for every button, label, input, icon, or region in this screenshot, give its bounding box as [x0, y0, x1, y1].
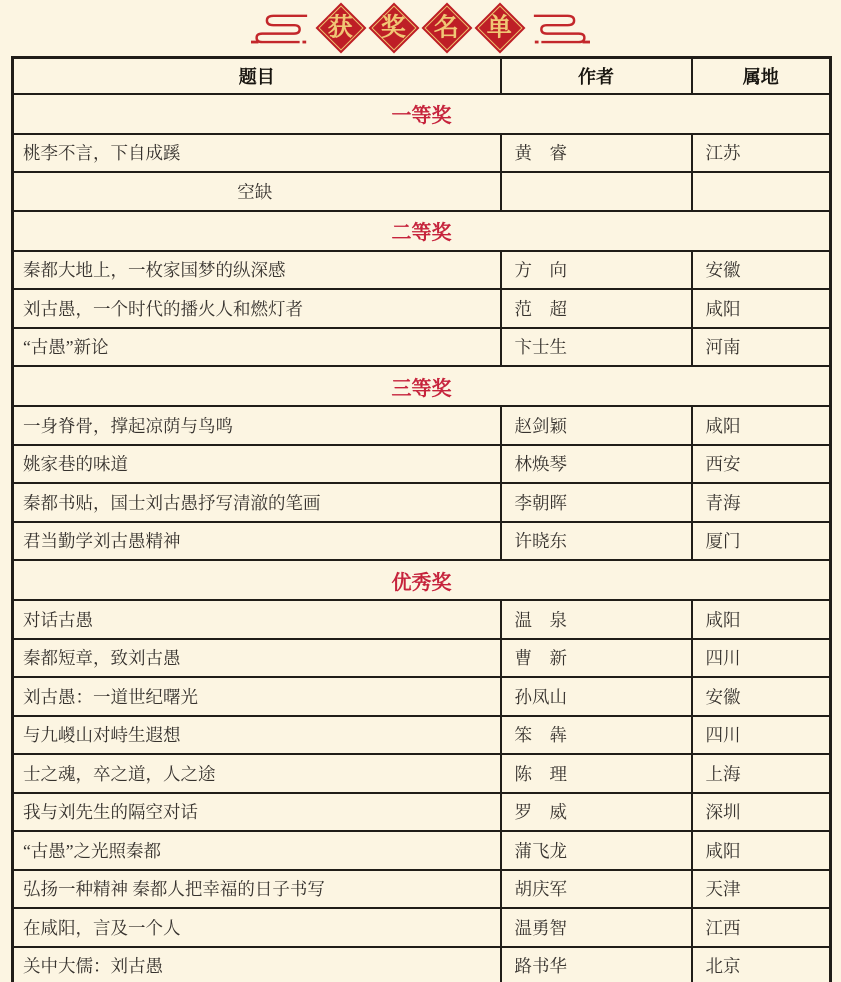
place-cell: 咸阳 — [692, 406, 831, 445]
title-cell: 秦都大地上，一枚家国梦的纵深感 — [13, 251, 501, 290]
table-row: “古愚”新论卞士生河南 — [13, 328, 831, 367]
banner-title: 获奖名单 — [323, 10, 518, 46]
title-cell: 我与刘先生的隔空对话 — [13, 793, 501, 832]
table-row: 姚家巷的味道林焕琴西安 — [13, 445, 831, 484]
title-cell: “古愚”之光照秦都 — [13, 831, 501, 870]
column-header-title: 题目 — [13, 58, 501, 94]
author-cell: 赵剑颖 — [501, 406, 692, 445]
title-char: 奖 — [381, 15, 406, 40]
table-row: 秦都短章，致刘古愚曹 新四川 — [13, 639, 831, 678]
title-cell: 与九嵕山对峙生遐想 — [13, 716, 501, 755]
section-row: 三等奖 — [13, 366, 831, 406]
author-cell: 方 向 — [501, 251, 692, 290]
title-diamond: 名 — [422, 3, 473, 54]
column-header-place: 属地 — [692, 58, 831, 94]
title-cell: 刘古愚，一个时代的播火人和燃灯者 — [13, 289, 501, 328]
author-cell: 笨 犇 — [501, 716, 692, 755]
title-cell: “古愚”新论 — [13, 328, 501, 367]
table-row: 刘古愚：一道世纪曙光孙凤山安徽 — [13, 677, 831, 716]
author-cell: 卞士生 — [501, 328, 692, 367]
title-diamond: 奖 — [369, 3, 420, 54]
table-row: 秦都大地上，一枚家国梦的纵深感方 向安徽 — [13, 251, 831, 290]
place-cell: 安徽 — [692, 251, 831, 290]
section-label: 二等奖 — [13, 211, 831, 251]
cloud-scroll-left-icon — [251, 11, 309, 45]
table-row: 与九嵕山对峙生遐想笨 犇四川 — [13, 716, 831, 755]
place-cell: 咸阳 — [692, 289, 831, 328]
table-row: 弘扬一种精神 秦都人把幸福的日子书写胡庆军天津 — [13, 870, 831, 909]
place-cell — [692, 172, 831, 211]
place-cell: 天津 — [692, 870, 831, 909]
section-row: 一等奖 — [13, 94, 831, 134]
author-cell: 路书华 — [501, 947, 692, 982]
title-char: 名 — [434, 15, 459, 40]
place-cell: 安徽 — [692, 677, 831, 716]
author-cell — [501, 172, 692, 211]
title-cell: 一身脊骨，撑起凉荫与鸟鸣 — [13, 406, 501, 445]
title-cell: 秦都书贴，国士刘古愚抒写清澈的笔画 — [13, 483, 501, 522]
place-cell: 江西 — [692, 908, 831, 947]
header-row: 题目 作者 属地 — [13, 58, 831, 94]
place-cell: 江苏 — [692, 134, 831, 173]
column-header-author: 作者 — [501, 58, 692, 94]
title-cell: 君当勤学刘古愚精神 — [13, 522, 501, 561]
place-cell: 西安 — [692, 445, 831, 484]
title-cell: 姚家巷的味道 — [13, 445, 501, 484]
table-row: “古愚”之光照秦都蒲飞龙咸阳 — [13, 831, 831, 870]
section-label: 优秀奖 — [13, 560, 831, 600]
author-cell: 林焕琴 — [501, 445, 692, 484]
table-row: 关中大儒：刘古愚路书华北京 — [13, 947, 831, 982]
author-cell: 曹 新 — [501, 639, 692, 678]
place-cell: 咸阳 — [692, 600, 831, 639]
table-row: 刘古愚，一个时代的播火人和燃灯者范 超咸阳 — [13, 289, 831, 328]
author-cell: 罗 威 — [501, 793, 692, 832]
author-cell: 胡庆军 — [501, 870, 692, 909]
table-row: 桃李不言，下自成蹊黄 睿江苏 — [13, 134, 831, 173]
author-cell: 温勇智 — [501, 908, 692, 947]
section-row: 优秀奖 — [13, 560, 831, 600]
author-cell: 陈 理 — [501, 754, 692, 793]
place-cell: 厦门 — [692, 522, 831, 561]
title-cell: 士之魂，卒之道，人之途 — [13, 754, 501, 793]
title-cell: 刘古愚：一道世纪曙光 — [13, 677, 501, 716]
author-cell: 温 泉 — [501, 600, 692, 639]
title-diamond: 获 — [316, 3, 367, 54]
page: 获奖名单 题目 作者 属地 一等奖桃李不言，下自成蹊黄 睿江苏空缺二等奖秦都大地… — [0, 0, 841, 982]
title-cell: 桃李不言，下自成蹊 — [13, 134, 501, 173]
title-cell: 关中大儒：刘古愚 — [13, 947, 501, 982]
title-cell: 弘扬一种精神 秦都人把幸福的日子书写 — [13, 870, 501, 909]
award-banner: 获奖名单 — [0, 0, 841, 56]
place-cell: 河南 — [692, 328, 831, 367]
table-row: 空缺 — [13, 172, 831, 211]
title-cell: 空缺 — [13, 172, 501, 211]
section-label: 一等奖 — [13, 94, 831, 134]
cloud-scroll-right-icon — [532, 11, 590, 45]
place-cell: 咸阳 — [692, 831, 831, 870]
section-row: 二等奖 — [13, 211, 831, 251]
author-cell: 许晓东 — [501, 522, 692, 561]
table-row: 君当勤学刘古愚精神许晓东厦门 — [13, 522, 831, 561]
table-row: 我与刘先生的隔空对话罗 威深圳 — [13, 793, 831, 832]
title-diamond: 单 — [475, 3, 526, 54]
author-cell: 孙凤山 — [501, 677, 692, 716]
place-cell: 深圳 — [692, 793, 831, 832]
title-char: 获 — [328, 15, 353, 40]
place-cell: 四川 — [692, 639, 831, 678]
author-cell: 范 超 — [501, 289, 692, 328]
title-cell: 对话古愚 — [13, 600, 501, 639]
place-cell: 北京 — [692, 947, 831, 982]
table-row: 对话古愚温 泉咸阳 — [13, 600, 831, 639]
place-cell: 上海 — [692, 754, 831, 793]
table-row: 在咸阳，言及一个人温勇智江西 — [13, 908, 831, 947]
title-char: 单 — [487, 15, 512, 40]
place-cell: 四川 — [692, 716, 831, 755]
award-table: 题目 作者 属地 一等奖桃李不言，下自成蹊黄 睿江苏空缺二等奖秦都大地上，一枚家… — [11, 56, 832, 982]
table-row: 士之魂，卒之道，人之途陈 理上海 — [13, 754, 831, 793]
title-cell: 在咸阳，言及一个人 — [13, 908, 501, 947]
section-label: 三等奖 — [13, 366, 831, 406]
title-cell: 秦都短章，致刘古愚 — [13, 639, 501, 678]
author-cell: 李朝晖 — [501, 483, 692, 522]
author-cell: 蒲飞龙 — [501, 831, 692, 870]
place-cell: 青海 — [692, 483, 831, 522]
table-row: 一身脊骨，撑起凉荫与鸟鸣赵剑颖咸阳 — [13, 406, 831, 445]
table-row: 秦都书贴，国士刘古愚抒写清澈的笔画李朝晖青海 — [13, 483, 831, 522]
author-cell: 黄 睿 — [501, 134, 692, 173]
